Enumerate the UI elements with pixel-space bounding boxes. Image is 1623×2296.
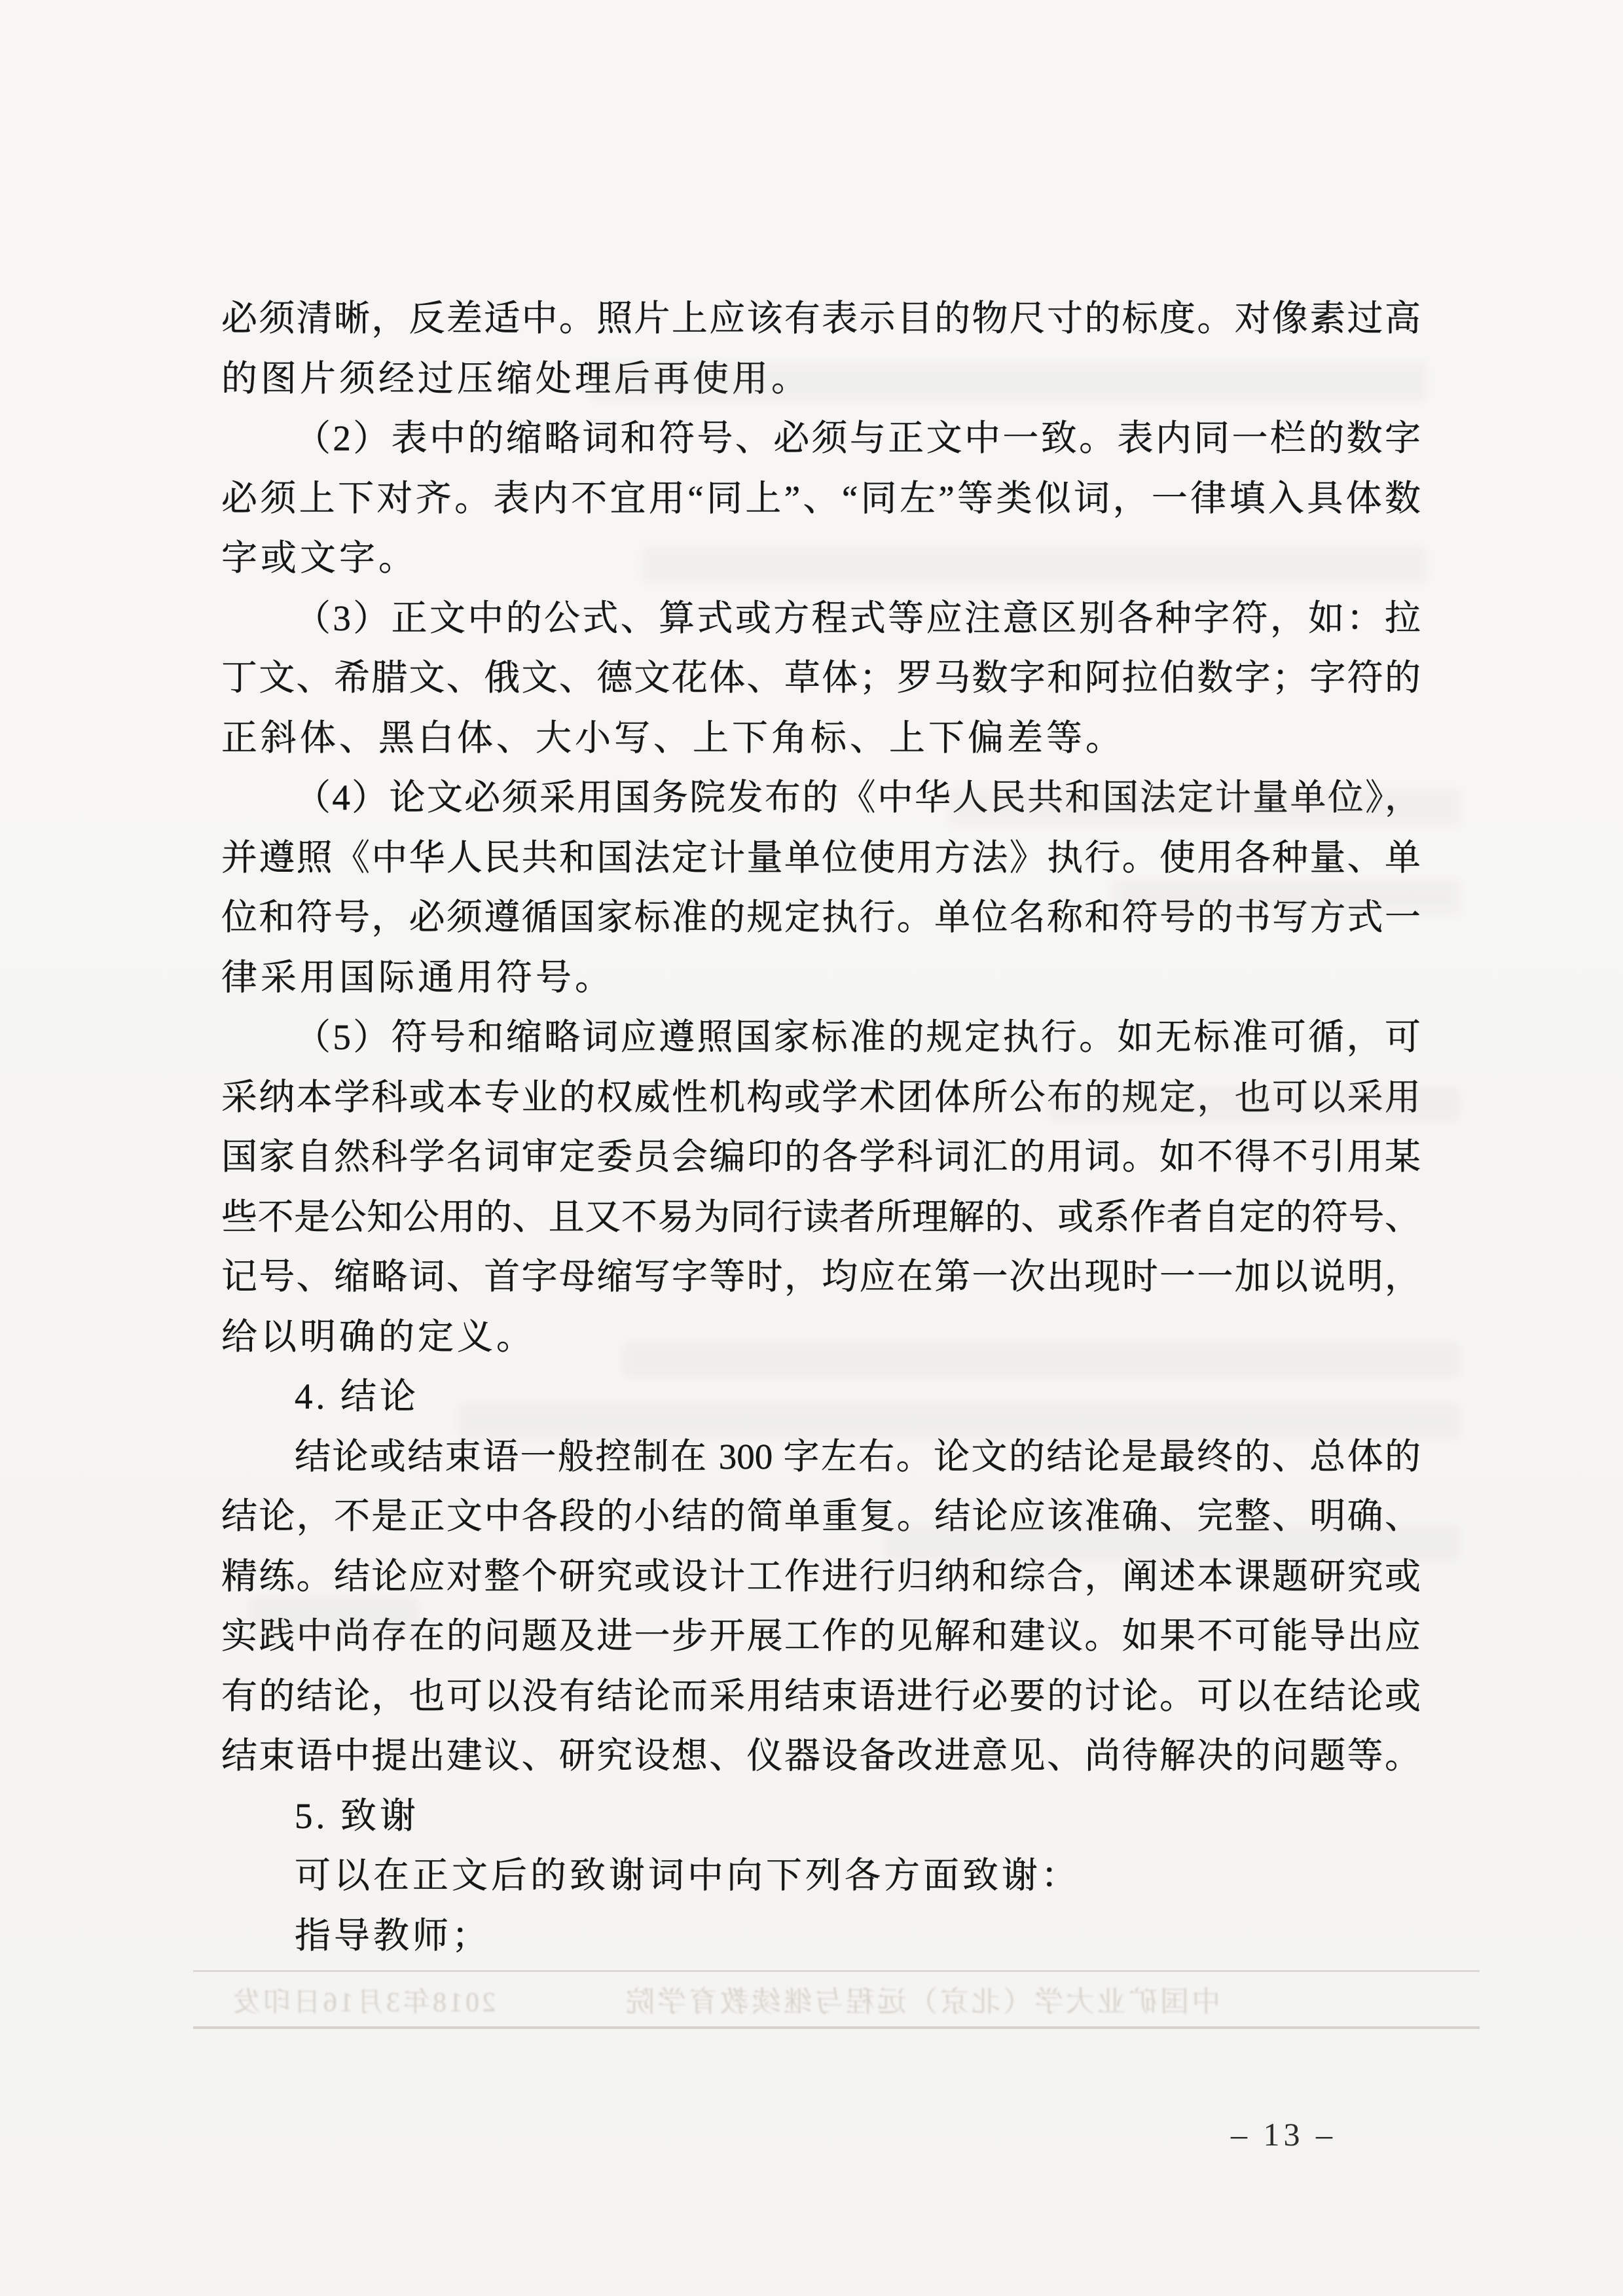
text-line: 指导教师；	[221, 1906, 1421, 1966]
text-line: 国家自然科学名词审定委员会编印的各学科词汇的用词。如不得不引用某	[221, 1127, 1421, 1187]
body-text: 必须清晰，反差适中。照片上应该有表示目的物尺寸的标度。对像素过高的图片须经过压缩…	[221, 289, 1421, 1965]
bleedthrough-smudge	[1048, 1086, 1460, 1122]
text-line: 正斜体、黑白体、大小写、上下角标、上下偏差等。	[221, 708, 1421, 768]
bleedthrough-smudge	[1113, 880, 1460, 913]
text-line: 必须清晰，反差适中。照片上应该有表示目的物尺寸的标度。对像素过高	[221, 289, 1421, 349]
text-line: 律采用国际通用符号。	[221, 948, 1421, 1008]
text-line: 结束语中提出建议、研究设想、仪器设备改进意见、尚待解决的问题等。	[221, 1726, 1421, 1786]
bleedthrough-smudge	[622, 1342, 1460, 1378]
text-line: 并遵照《中华人民共和国法定计量单位使用方法》执行。使用各种量、单	[221, 828, 1421, 888]
ghost-footer-institution-mirrored: 中国矿业大学（北京）远程与继续教育学院	[623, 1978, 1220, 2020]
bleedthrough-smudge	[949, 789, 1460, 825]
bleedthrough-smudge	[642, 547, 1427, 583]
text-line: 丁文、希腊文、俄文、德文花体、草体；罗马数字和阿拉伯数字；字符的	[221, 648, 1421, 708]
bleedthrough-smudge	[249, 1597, 419, 1636]
ghost-footer-rule-top	[193, 1970, 1480, 1972]
text-line: 记号、缩略词、首字母缩写字等时，均应在第一次出现时一一加以说明，	[221, 1247, 1421, 1307]
bleedthrough-smudge	[589, 361, 1427, 402]
bleedthrough-smudge	[884, 1525, 1460, 1561]
page-number: – 13 –	[1231, 2115, 1336, 2153]
scanned-document-page: 必须清晰，反差适中。照片上应该有表示目的物尺寸的标度。对像素过高的图片须经过压缩…	[0, 0, 1623, 2296]
bleedthrough-smudge	[458, 1403, 1460, 1439]
text-line: 有的结论，也可以没有结论而采用结束语进行必要的讨论。可以在结论或	[221, 1666, 1421, 1727]
text-line: 些不是公知公用的、且又不易为同行读者所理解的、或系作者自定的符号、	[221, 1187, 1421, 1247]
text-line: （5）符号和缩略词应遵照国家标准的规定执行。如无标准可循，可	[221, 1007, 1421, 1067]
text-line: （2）表中的缩略词和符号、必须与正文中一致。表内同一栏的数字	[221, 408, 1421, 469]
text-line: 可以在正文后的致谢词中向下列各方面致谢：	[221, 1846, 1421, 1906]
ghost-footer-rule-bottom	[193, 2026, 1480, 2029]
text-line: 5. 致谢	[221, 1786, 1421, 1846]
text-line: （3）正文中的公式、算式或方程式等应注意区别各种字符，如：拉	[221, 588, 1421, 649]
ghost-footer-date-mirrored: 2018年3月16日印发	[230, 1981, 496, 2020]
text-line: 必须上下对齐。表内不宜用“同上”、“同左”等类似词，一律填入具体数	[221, 469, 1421, 529]
